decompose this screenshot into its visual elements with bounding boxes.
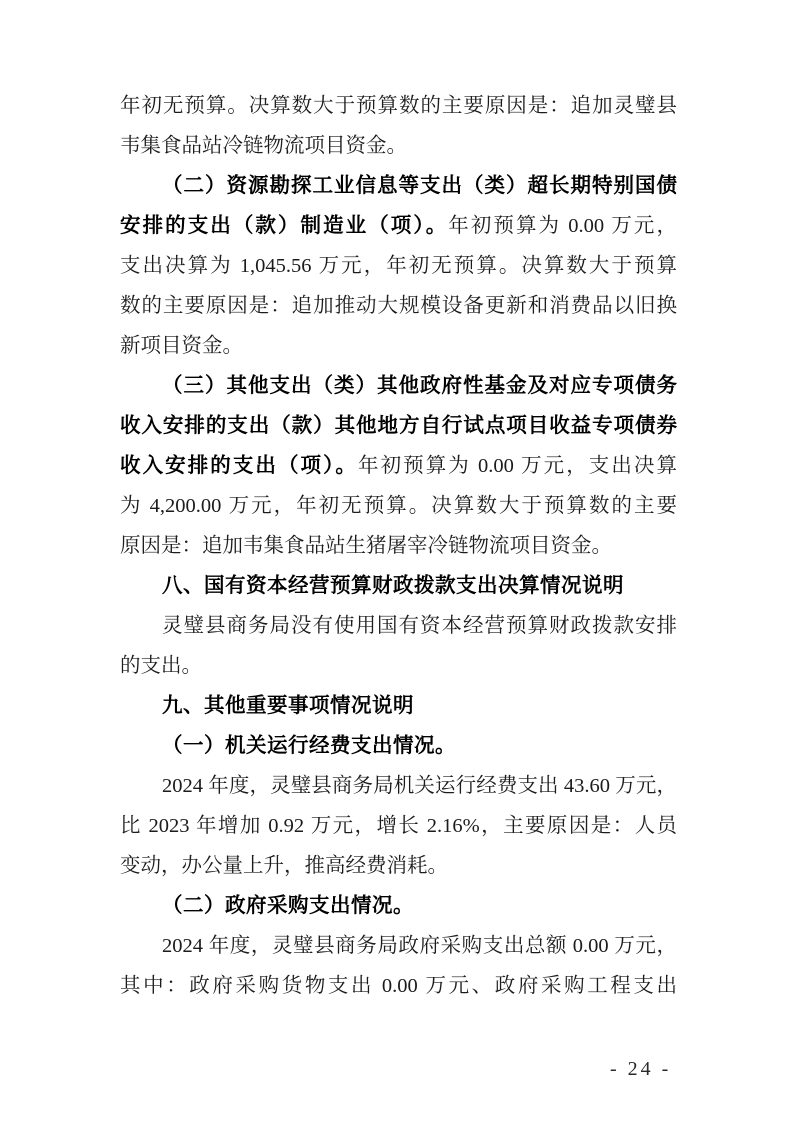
line-bold-segment: 收入安排的支出（款）其他地方自行试点项目收益专项债券	[120, 415, 677, 437]
line-text-segment: 2024 年度，灵璧县商务局政府采购支出总额 0.00 万元，	[162, 935, 677, 957]
paragraph-line: 其中：政府采购货物支出 0.00 万元、政府采购工程支出	[120, 966, 677, 1006]
line-text-segment: 变动，办公量上升，推高经费消耗。	[120, 855, 448, 877]
paragraph-line: 收入安排的支出（项）。年初预算为 0.00 万元，支出决算	[120, 446, 677, 486]
line-text-segment: 韦集食品站冷链物流项目资金。	[120, 135, 407, 157]
heading-text: （一）机关运行经费支出情况。	[162, 734, 456, 757]
paragraph-line: 灵璧县商务局没有使用国有资本经营预算财政拨款安排	[120, 606, 677, 646]
line-text-segment: 原因是：追加韦集食品站生猪屠宰冷链物流项目资金。	[120, 535, 612, 557]
paragraph-line: 新项目资金。	[120, 326, 677, 366]
line-bold-segment: （三）其他支出（类）其他政府性基金及对应专项债务	[162, 375, 677, 397]
heading-text: 八、国有资本经营预算财政拨款支出决算情况说明	[162, 574, 624, 597]
paragraph-line: 为 4,200.00 万元，年初无预算。决算数大于预算数的主要	[120, 486, 677, 526]
heading-text: （二）政府采购支出情况。	[162, 894, 414, 917]
paragraph-line: 数的主要原因是：追加推动大规模设备更新和消费品以旧换	[120, 286, 677, 326]
line-text-segment: 年初预算为 0.00 万元，支出决算	[358, 455, 677, 477]
line-bold-segment: 收入安排的支出（项）。	[120, 455, 358, 477]
paragraph-line: （二）资源勘探工业信息等支出（类）超长期特别国债	[120, 166, 677, 206]
paragraph-line: 2024 年度，灵璧县商务局机关运行经费支出 43.60 万元，	[120, 766, 677, 806]
heading-section-nine: 九、其他重要事项情况说明	[120, 686, 677, 726]
paragraph-line: 安排的支出（款）制造业（项）。年初预算为 0.00 万元，	[120, 206, 677, 246]
line-text-segment: 数的主要原因是：追加推动大规模设备更新和消费品以旧换	[120, 295, 677, 317]
line-text-segment: 其中：政府采购货物支出 0.00 万元、政府采购工程支出	[120, 975, 677, 997]
paragraph-line: 年初无预算。决算数大于预算数的主要原因是：追加灵璧县	[120, 86, 677, 126]
line-text-segment: 支出决算为 1,045.56 万元，年初无预算。决算数大于预算	[120, 255, 677, 277]
paragraph-line: 比 2023 年增加 0.92 万元，增长 2.16%，主要原因是：人员	[120, 806, 677, 846]
line-bold-segment: 安排的支出（款）制造业（项）。	[120, 215, 448, 237]
paragraph-line: 变动，办公量上升，推高经费消耗。	[120, 846, 677, 886]
heading-item-two: （二）政府采购支出情况。	[120, 886, 677, 926]
line-text-segment: 年初无预算。决算数大于预算数的主要原因是：追加灵璧县	[120, 95, 677, 117]
heading-section-eight: 八、国有资本经营预算财政拨款支出决算情况说明	[120, 566, 677, 606]
document-content: 年初无预算。决算数大于预算数的主要原因是：追加灵璧县 韦集食品站冷链物流项目资金…	[120, 86, 677, 1006]
paragraph-line: 原因是：追加韦集食品站生猪屠宰冷链物流项目资金。	[120, 526, 677, 566]
heading-item-one: （一）机关运行经费支出情况。	[120, 726, 677, 766]
paragraph-line: （三）其他支出（类）其他政府性基金及对应专项债务	[120, 366, 677, 406]
line-text-segment: 2024 年度，灵璧县商务局机关运行经费支出 43.60 万元，	[162, 775, 677, 797]
paragraph-line: 2024 年度，灵璧县商务局政府采购支出总额 0.00 万元，	[120, 926, 677, 966]
paragraph-line: 支出决算为 1,045.56 万元，年初无预算。决算数大于预算	[120, 246, 677, 286]
line-text-segment: 为 4,200.00 万元，年初无预算。决算数大于预算数的主要	[120, 495, 677, 517]
line-text-segment: 灵璧县商务局没有使用国有资本经营预算财政拨款安排	[162, 615, 677, 637]
line-text-segment: 的支出。	[120, 655, 202, 677]
line-text-segment: 新项目资金。	[120, 335, 243, 357]
paragraph-line: 韦集食品站冷链物流项目资金。	[120, 126, 677, 166]
page-number: - 24 -	[610, 1058, 671, 1081]
heading-text: 九、其他重要事项情况说明	[162, 694, 414, 717]
paragraph-line: 收入安排的支出（款）其他地方自行试点项目收益专项债券	[120, 406, 677, 446]
paragraph-line: 的支出。	[120, 646, 677, 686]
line-text-segment: 年初预算为 0.00 万元，	[448, 215, 677, 237]
line-bold-segment: （二）资源勘探工业信息等支出（类）超长期特别国债	[162, 175, 677, 197]
document-page: 年初无预算。决算数大于预算数的主要原因是：追加灵璧县 韦集食品站冷链物流项目资金…	[0, 0, 793, 1122]
line-text-segment: 比 2023 年增加 0.92 万元，增长 2.16%，主要原因是：人员	[120, 815, 677, 837]
